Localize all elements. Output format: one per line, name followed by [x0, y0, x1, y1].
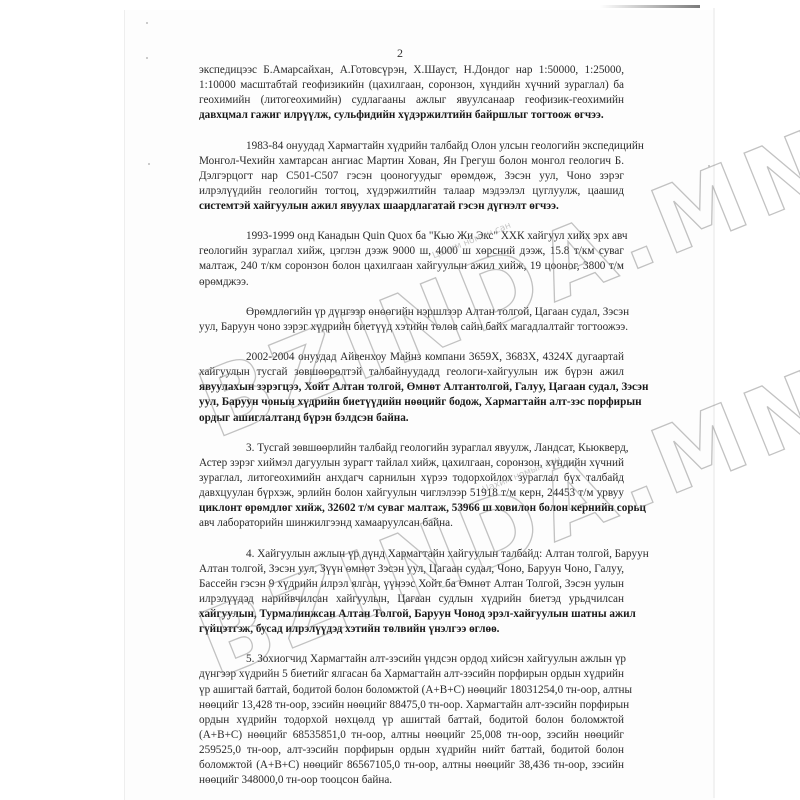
text-line: малтаж, 240 т/км соронзон болон цахилгаа… [199, 259, 624, 274]
text-line: 2002-2004 онуудад Айвенхоу Майнз компани… [199, 350, 624, 365]
scan-speck [708, 165, 710, 167]
text-line: дүнгээр хүдрийн 5 биетийг ялгасан ба Хар… [199, 667, 624, 682]
text-line: явуулахын зэрэгцээ, Хойт Алтан толгой, Ө… [199, 380, 624, 395]
text-line: 259525,0 тн-оор, алт-зэсийн порфирын орд… [199, 743, 624, 758]
text-line: давхцуулан бүрхэж, эрлийн болон хайгуулы… [199, 486, 624, 501]
text-line: Бассейн гэсэн 9 хүдрийн илрэл ялган, үүн… [199, 577, 624, 592]
text-line: боломжтой (А+В+С) нөөцийг 86567105,0 тн-… [199, 758, 624, 773]
document-body: экспедицээс Б.Амарсайхан, А.Готовсүрэн, … [199, 63, 624, 800]
text-line: хайгуулын тусгай зөвшөөрөлтэй талбайнууд… [199, 365, 624, 380]
text-line: нөөцийг 13,428 тн-оор, зэсийн нөөцийг 88… [199, 698, 624, 713]
text-line: Дэлгэрцогт нар С501-С507 гэсэн цооногууд… [199, 169, 624, 184]
page-right-edge [713, 8, 715, 798]
text-line: илрэлүүдэд нарийвчилсан хайгуулын, Цагаа… [199, 592, 624, 607]
paragraph-p-4: 4. Хайгуулын ажлын үр дүнд Хармагтайн ха… [199, 547, 624, 638]
text-line: 4. Хайгуулын ажлын үр дүнд Хармагтайн ха… [199, 547, 624, 562]
text-line: 5. Зохиогчид Хармагтайн алт-зэсийн үндсэ… [199, 652, 624, 667]
scan-speck [146, 57, 148, 59]
text-line: илрэлүүдийн геологийн тогтоц, хүдэржилти… [199, 184, 624, 199]
scan-speck [146, 22, 148, 24]
text-line: 3. Тусгай зөвшөөрлийн талбайд геологийн … [199, 441, 624, 456]
text-line: (А+В+С) нөөцийг 68535851,0 тн-оор, алтны… [199, 728, 624, 743]
text-line: ордын хүдрийн тодорхой нөхцөлд үр ашигта… [199, 713, 624, 728]
text-line: давхцмал гажиг илрүүлж, сульфидийн хүдэр… [199, 108, 624, 123]
text-line: ордыг ашиглалтанд бүрэн бэлдсэн байна. [199, 411, 624, 426]
text-line: зураглал, литогеохимийн анхдагч сарнилын… [199, 471, 624, 486]
text-line: уул, Баруун чонын хүдрийн биетүүдийн нөө… [199, 395, 624, 410]
text-line: уул, Баруун чоно зэрэг хүдрийн биетүүд х… [199, 320, 624, 335]
text-line: гүйцэтгэж, бусад илрэлүүдэд хэтийн төлви… [199, 622, 624, 637]
text-line: экспедицээс Б.Амарсайхан, А.Готовсүрэн, … [199, 63, 624, 78]
text-line: өрөмджээ. [199, 275, 624, 290]
text-line: хайгуулын, Турмалинжсан Алтан Толгой, Ба… [199, 607, 624, 622]
paragraph-p-2002: 2002-2004 онуудад Айвенхоу Майнз компани… [199, 350, 624, 425]
paragraph-p-3: 3. Тусгай зөвшөөрлийн талбайд геологийн … [199, 441, 624, 532]
text-line: системтэй хайгуулын ажил явуулах шаардла… [199, 199, 624, 214]
text-line: Өрөмдлөгийн үр дүнгээр өнөөгийн нэршлээр… [199, 305, 624, 320]
page-number: 2 [0, 46, 800, 61]
text-line: нөөцийг 348000,0 тн-оор тооцсон байна. [199, 773, 624, 788]
paragraph-p-1983: 1983-84 онуудад Хармагтайн хүдрийн талба… [199, 139, 624, 214]
text-line: үр ашигтай баттай, бодитой болон боломжт… [199, 683, 624, 698]
text-line: 1993-1999 онд Канадын Quin Quox ба "Кью … [199, 229, 624, 244]
paragraph-p-5: 5. Зохиогчид Хармагтайн алт-зэсийн үндсэ… [199, 652, 624, 788]
paragraph-p-drilling-result: Өрөмдлөгийн үр дүнгээр өнөөгийн нэршлээр… [199, 305, 624, 335]
text-line: циклонт өрөмдлөг хийж, 32602 т/м суваг м… [199, 501, 624, 516]
page-edge-shadow [600, 5, 700, 8]
text-line: 1:10000 масштабтай геофизикийн (цахилгаа… [199, 78, 624, 93]
text-line: 1983-84 онуудад Хармагтайн хүдрийн талба… [199, 139, 624, 154]
text-line: Астер зэрэг хиймэл дагуулын зурагт тайла… [199, 456, 624, 471]
text-line: Монгол-Чехийн хамтарсан ангиас Мартин Хо… [199, 154, 624, 169]
text-line: геологийн зураглал хийж, цэглэн дээж 900… [199, 244, 624, 259]
paragraph-p-1993: 1993-1999 онд Канадын Quin Quox ба "Кью … [199, 229, 624, 289]
text-line: авч лабораторийн шинжилгээнд хамааруулса… [199, 516, 624, 531]
text-line: Алтан толгой, Зэсэн уул, Зүүн өмнөт Зэсэ… [199, 562, 624, 577]
scan-speck [148, 163, 150, 165]
text-line: геохимийн (литогеохимийн) судлагааны ажл… [199, 93, 624, 108]
paragraph-intro: экспедицээс Б.Амарсайхан, А.Готовсүрэн, … [199, 63, 624, 123]
